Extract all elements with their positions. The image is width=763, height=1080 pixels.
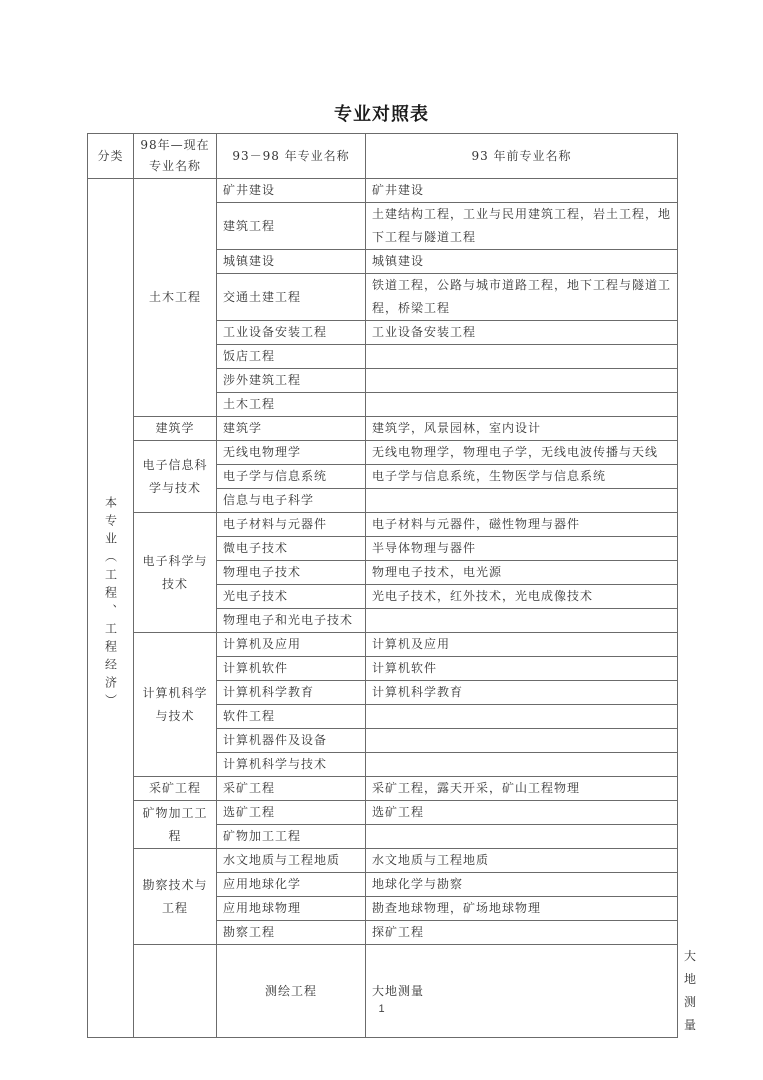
table-row: 电子信息科学与技术 无线电物理学 无线电物理学，物理电子学，无线电波传播与天线 (88, 441, 678, 465)
group-name: 计算机科学与技术 (134, 633, 217, 777)
old-name: 计算机科学教育 (366, 681, 678, 705)
mid-name: 物理电子技术 (217, 561, 366, 585)
old-name: 半导体物理与器件 (366, 537, 678, 561)
old-name (366, 489, 678, 513)
group-name: 电子科学与技术 (134, 513, 217, 633)
old-name: 地球化学与勘察 (366, 873, 678, 897)
mid-name: 计算机科学教育 (217, 681, 366, 705)
mid-name: 计算机及应用 (217, 633, 366, 657)
mid-name: 城镇建设 (217, 250, 366, 274)
mid-name: 计算机器件及设备 (217, 729, 366, 753)
old-name (366, 609, 678, 633)
group-name: 建筑学 (134, 417, 217, 441)
old-name: 光电子技术，红外技术，光电成像技术 (366, 585, 678, 609)
page-title: 专业对照表 (0, 100, 763, 126)
mid-name: 无线电物理学 (217, 441, 366, 465)
old-name: 探矿工程 (366, 921, 678, 945)
category-cell-empty (134, 945, 217, 1038)
mid-name: 信息与电子科学 (217, 489, 366, 513)
header-current-name: 98年—现在专业名称 (134, 134, 217, 179)
mid-name: 计算机软件 (217, 657, 366, 681)
mid-name: 涉外建筑工程 (217, 369, 366, 393)
old-name (366, 345, 678, 369)
old-name: 物理电子技术，电光源 (366, 561, 678, 585)
old-name: 选矿工程 (366, 801, 678, 825)
table-row: 建筑学 建筑学 建筑学，风景园林，室内设计 (88, 417, 678, 441)
old-name: 计算机软件 (366, 657, 678, 681)
old-name: 铁道工程，公路与城市道路工程，地下工程与隧道工程，桥梁工程 (366, 274, 678, 321)
old-name (366, 729, 678, 753)
table-row: 采矿工程 采矿工程 采矿工程，露天开采，矿山工程物理 (88, 777, 678, 801)
mid-name: 采矿工程 (217, 777, 366, 801)
mid-name: 矿井建设 (217, 179, 366, 203)
mid-name: 物理电子和光电子技术 (217, 609, 366, 633)
table-row: 计算机科学与技术 计算机及应用 计算机及应用 (88, 633, 678, 657)
table-row: 勘察技术与工程 水文地质与工程地质 水文地质与工程地质 (88, 849, 678, 873)
table-header-row: 分类 98年—现在专业名称 93－98 年专业名称 93 年前专业名称 (88, 134, 678, 179)
mid-name: 大地测量 (366, 945, 678, 1038)
old-name: 无线电物理学，物理电子学，无线电波传播与天线 (366, 441, 678, 465)
mid-name: 建筑学 (217, 417, 366, 441)
mid-name: 水文地质与工程地质 (217, 849, 366, 873)
table-row: 本专业（工程、工程经济） 土木工程 矿井建设 矿井建设 (88, 179, 678, 203)
mid-name: 饭店工程 (217, 345, 366, 369)
mid-name: 电子材料与元器件 (217, 513, 366, 537)
old-name (366, 705, 678, 729)
old-name: 采矿工程，露天开采，矿山工程物理 (366, 777, 678, 801)
old-name (366, 825, 678, 849)
header-93-98-name: 93－98 年专业名称 (217, 134, 366, 179)
category-label: 本专业（工程、工程经济） (104, 496, 118, 712)
old-name: 计算机及应用 (366, 633, 678, 657)
group-name: 测绘工程 (217, 945, 366, 1038)
page-number: 1 (0, 1003, 763, 1015)
group-name: 电子信息科学与技术 (134, 441, 217, 513)
group-name: 土木工程 (134, 179, 217, 417)
mid-name: 应用地球化学 (217, 873, 366, 897)
old-name (366, 753, 678, 777)
mid-name: 软件工程 (217, 705, 366, 729)
group-name: 矿物加工工程 (134, 801, 217, 849)
old-name (366, 369, 678, 393)
mid-name: 微电子技术 (217, 537, 366, 561)
mid-name: 土木工程 (217, 393, 366, 417)
table-row: 测绘工程 大地测量 大地测量 (88, 945, 678, 1038)
group-name: 勘察技术与工程 (134, 849, 217, 945)
old-name: 工业设备安装工程 (366, 321, 678, 345)
mid-name: 建筑工程 (217, 203, 366, 250)
mid-name: 选矿工程 (217, 801, 366, 825)
header-pre-93-name: 93 年前专业名称 (366, 134, 678, 179)
mid-name: 计算机科学与技术 (217, 753, 366, 777)
mid-name: 光电子技术 (217, 585, 366, 609)
mid-name: 电子学与信息系统 (217, 465, 366, 489)
old-name: 矿井建设 (366, 179, 678, 203)
major-comparison-table: 分类 98年—现在专业名称 93－98 年专业名称 93 年前专业名称 本专业（… (87, 133, 678, 1038)
old-name: 电子材料与元器件，磁性物理与器件 (366, 513, 678, 537)
mid-name: 应用地球物理 (217, 897, 366, 921)
old-name: 建筑学，风景园林，室内设计 (366, 417, 678, 441)
old-name: 勘查地球物理，矿场地球物理 (366, 897, 678, 921)
old-name: 土建结构工程，工业与民用建筑工程，岩土工程，地下工程与隧道工程 (366, 203, 678, 250)
group-name: 采矿工程 (134, 777, 217, 801)
mid-name: 勘察工程 (217, 921, 366, 945)
old-name: 城镇建设 (366, 250, 678, 274)
old-name: 电子学与信息系统，生物医学与信息系统 (366, 465, 678, 489)
mid-name: 交通土建工程 (217, 274, 366, 321)
mid-name: 矿物加工工程 (217, 825, 366, 849)
old-name (366, 393, 678, 417)
old-name: 水文地质与工程地质 (366, 849, 678, 873)
table-row: 矿物加工工程 选矿工程 选矿工程 (88, 801, 678, 825)
mid-name: 工业设备安装工程 (217, 321, 366, 345)
table-row: 电子科学与技术 电子材料与元器件 电子材料与元器件，磁性物理与器件 (88, 513, 678, 537)
header-category: 分类 (88, 134, 134, 179)
category-cell: 本专业（工程、工程经济） (88, 179, 134, 1038)
